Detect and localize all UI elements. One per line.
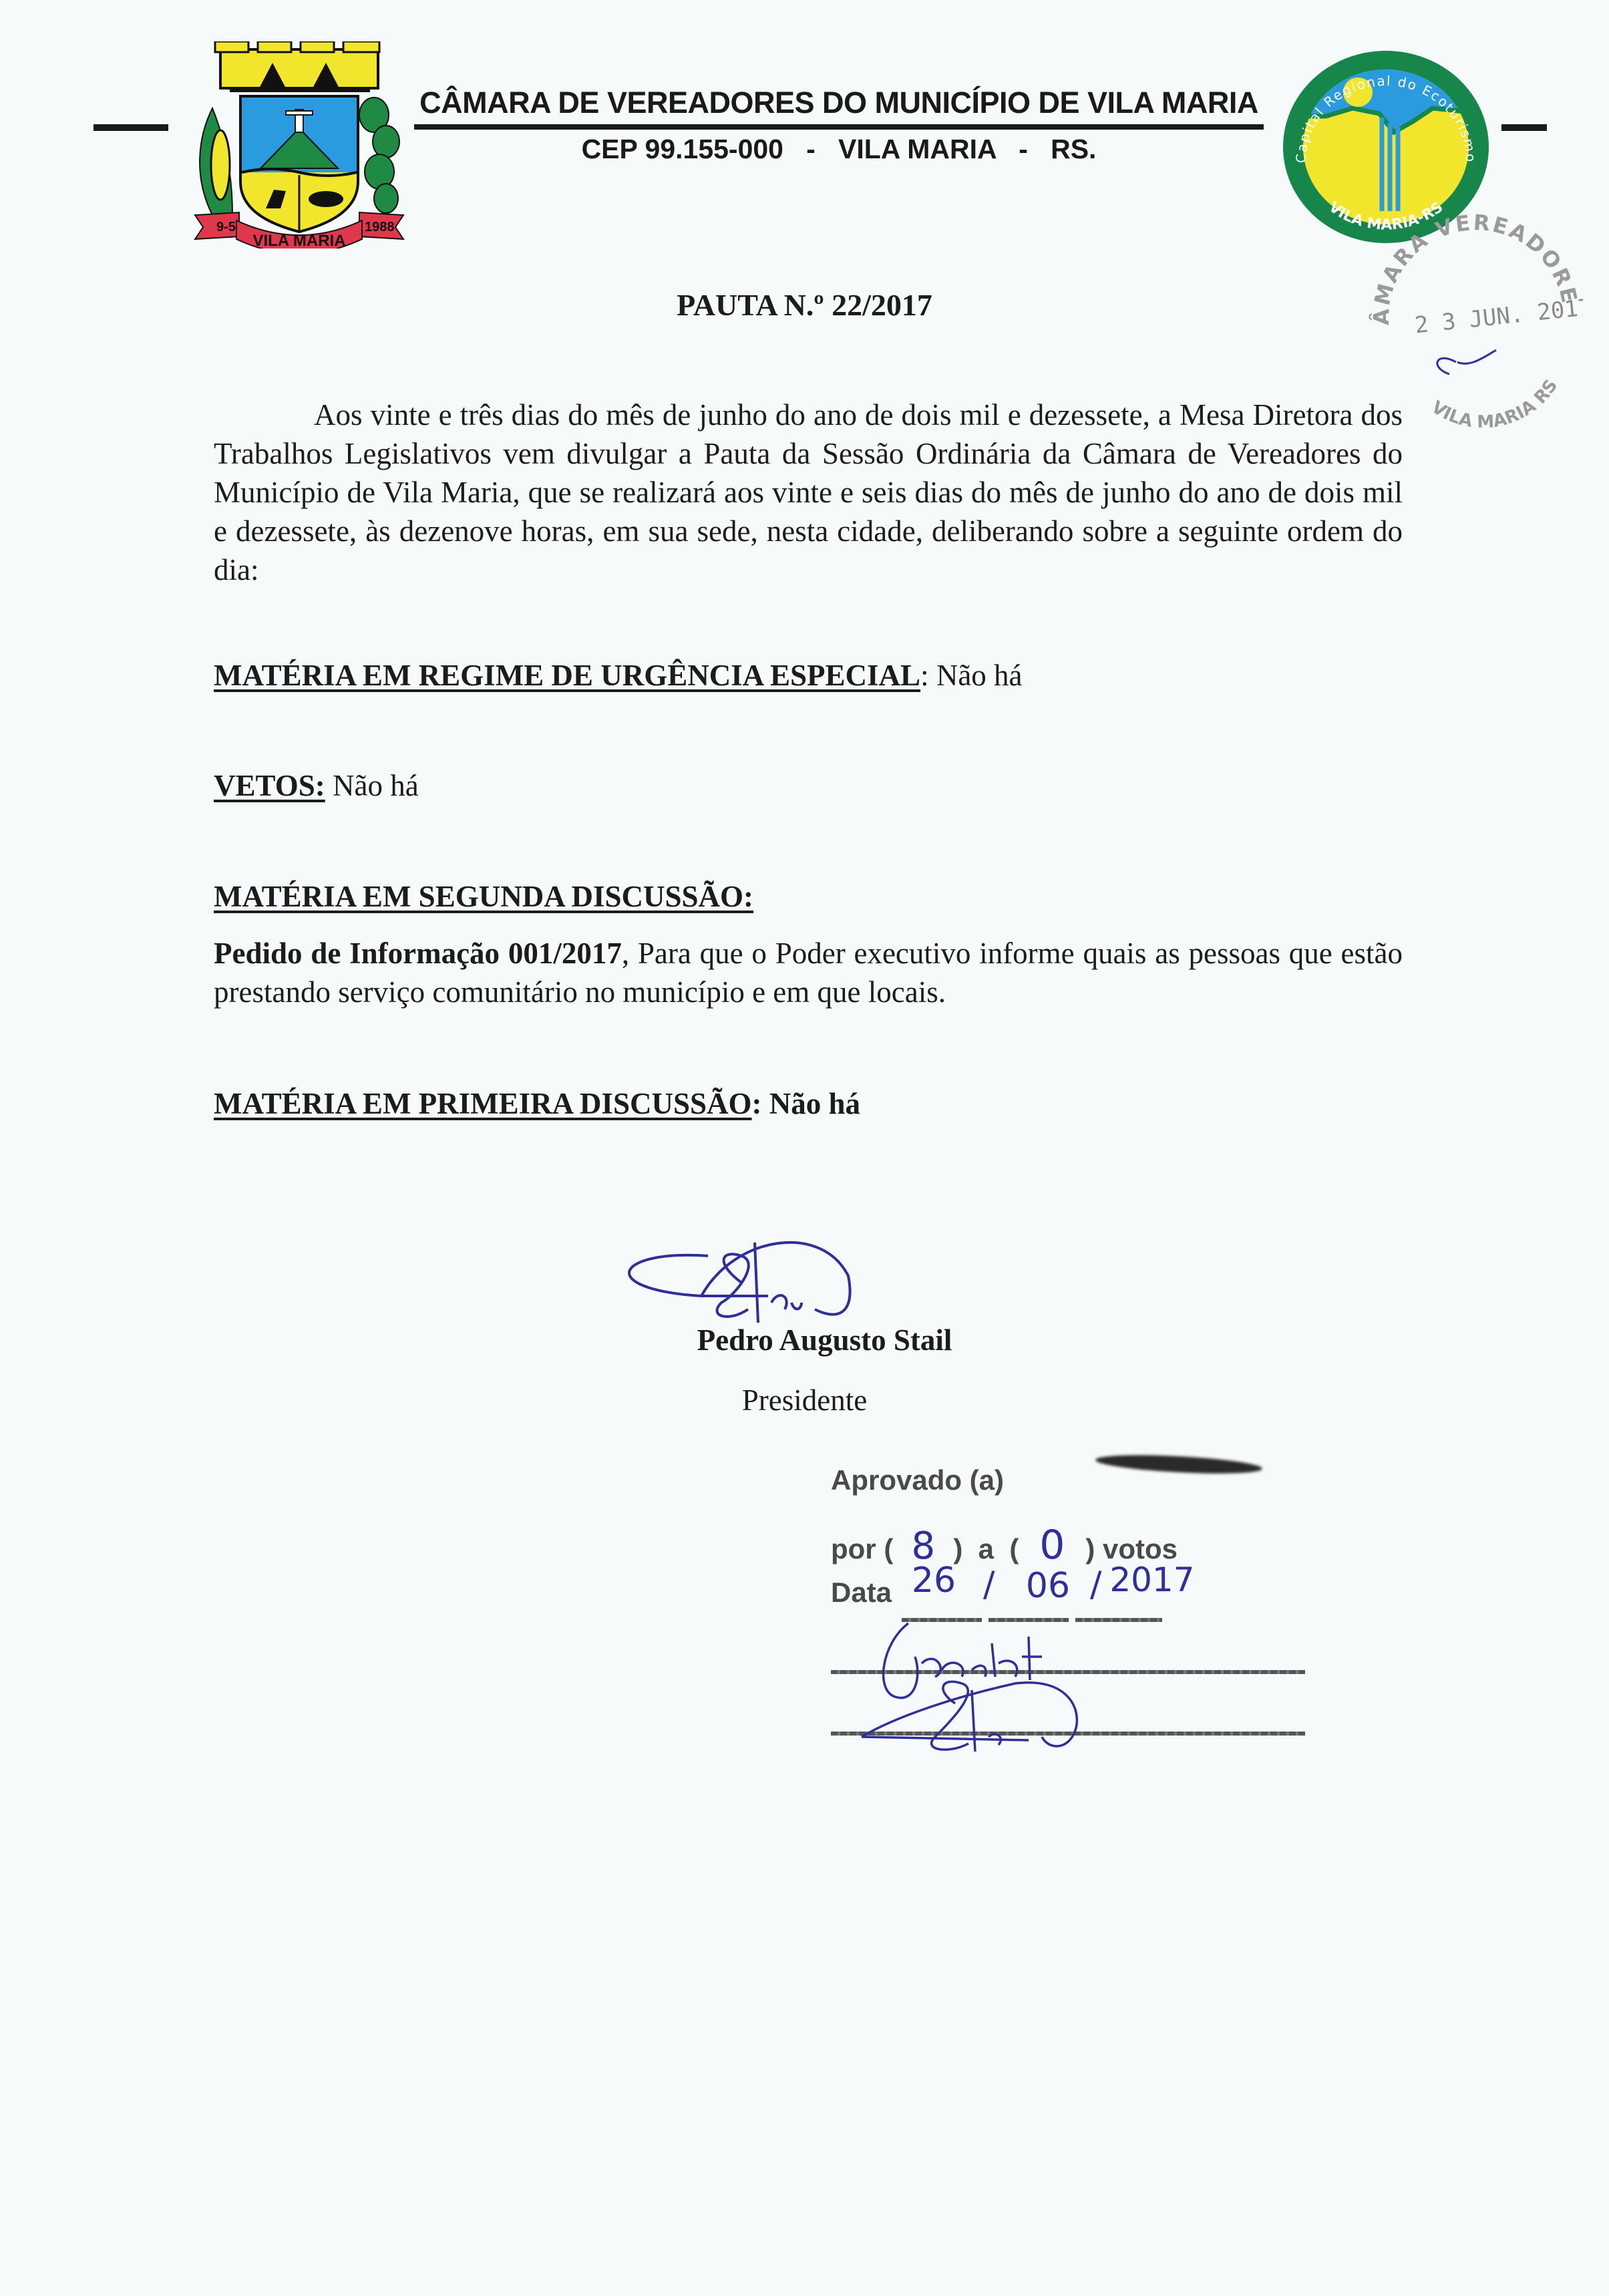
- section-heading: MATÉRIA EM REGIME DE URGÊNCIA ESPECIAL: [214, 659, 920, 692]
- signatory-name: Pedro Augusto Stail: [0, 1323, 1609, 1357]
- corn-icon: [200, 108, 232, 215]
- section-segunda-discussao: MATÉRIA EM SEGUNDA DISCUSSÃO:: [214, 879, 753, 914]
- initials-signature: [1437, 350, 1496, 374]
- header-rule-right: [1501, 124, 1547, 131]
- svg-text:1988: 1988: [365, 220, 395, 234]
- approved-label: Aprovado (a): [831, 1464, 1004, 1496]
- svg-text:VILA MARIA: VILA MARIA: [252, 232, 345, 249]
- agenda-item: Pedido de Informação 001/2017, Para que …: [214, 934, 1403, 1011]
- date-day: 26: [900, 1561, 967, 1601]
- date-year: 2017: [1109, 1561, 1196, 1599]
- svg-text:9-5: 9-5: [216, 220, 236, 234]
- shield-icon: [240, 96, 358, 232]
- section-value: Não há: [929, 659, 1023, 692]
- header-rule-left: [94, 124, 168, 131]
- section-heading: MATÉRIA EM SEGUNDA DISCUSSÃO:: [214, 880, 753, 913]
- ink-smudge: [1095, 1452, 1263, 1476]
- section-heading: MATÉRIA EM PRIMEIRA DISCUSSÃO: [214, 1087, 752, 1120]
- crown-icon: [215, 41, 379, 92]
- section-heading: VETOS:: [214, 769, 325, 802]
- section-urgencia: MATÉRIA EM REGIME DE URGÊNCIA ESPECIAL: …: [214, 658, 1023, 693]
- agenda-item-id: Pedido de Informação 001/2017: [214, 937, 622, 970]
- president-signature: [601, 1229, 908, 1329]
- section-vetos: VETOS: Não há: [214, 768, 419, 803]
- section-primeira-discussao: MATÉRIA EM PRIMEIRA DISCUSSÃO: Não há: [214, 1086, 860, 1121]
- coat-of-arms-logo: 9-5 1988 VILA MARIA: [186, 41, 413, 249]
- date-month: 06: [1011, 1566, 1085, 1606]
- section-value: Não há: [762, 1087, 861, 1120]
- secretary-signatures: [855, 1603, 1162, 1757]
- intro-paragraph: Aos vinte e três dias do mês de junho do…: [214, 395, 1403, 589]
- votes-against: 0: [1019, 1522, 1085, 1569]
- leaves-icon: [359, 98, 399, 213]
- institution-title: CÂMARA DE VEREADORES DO MUNICÍPIO DE VIL…: [414, 86, 1264, 120]
- institution-address: CEP 99.155-000 - VILA MARIA - RS.: [414, 134, 1264, 165]
- section-value: Não há: [325, 769, 419, 802]
- header-rule: [414, 124, 1264, 130]
- document-title: PAUTA N.º 22/2017: [0, 287, 1609, 323]
- svg-text:VILA MARIA RS: VILA MARIA RS: [1428, 376, 1562, 428]
- signatory-role: Presidente: [0, 1383, 1609, 1418]
